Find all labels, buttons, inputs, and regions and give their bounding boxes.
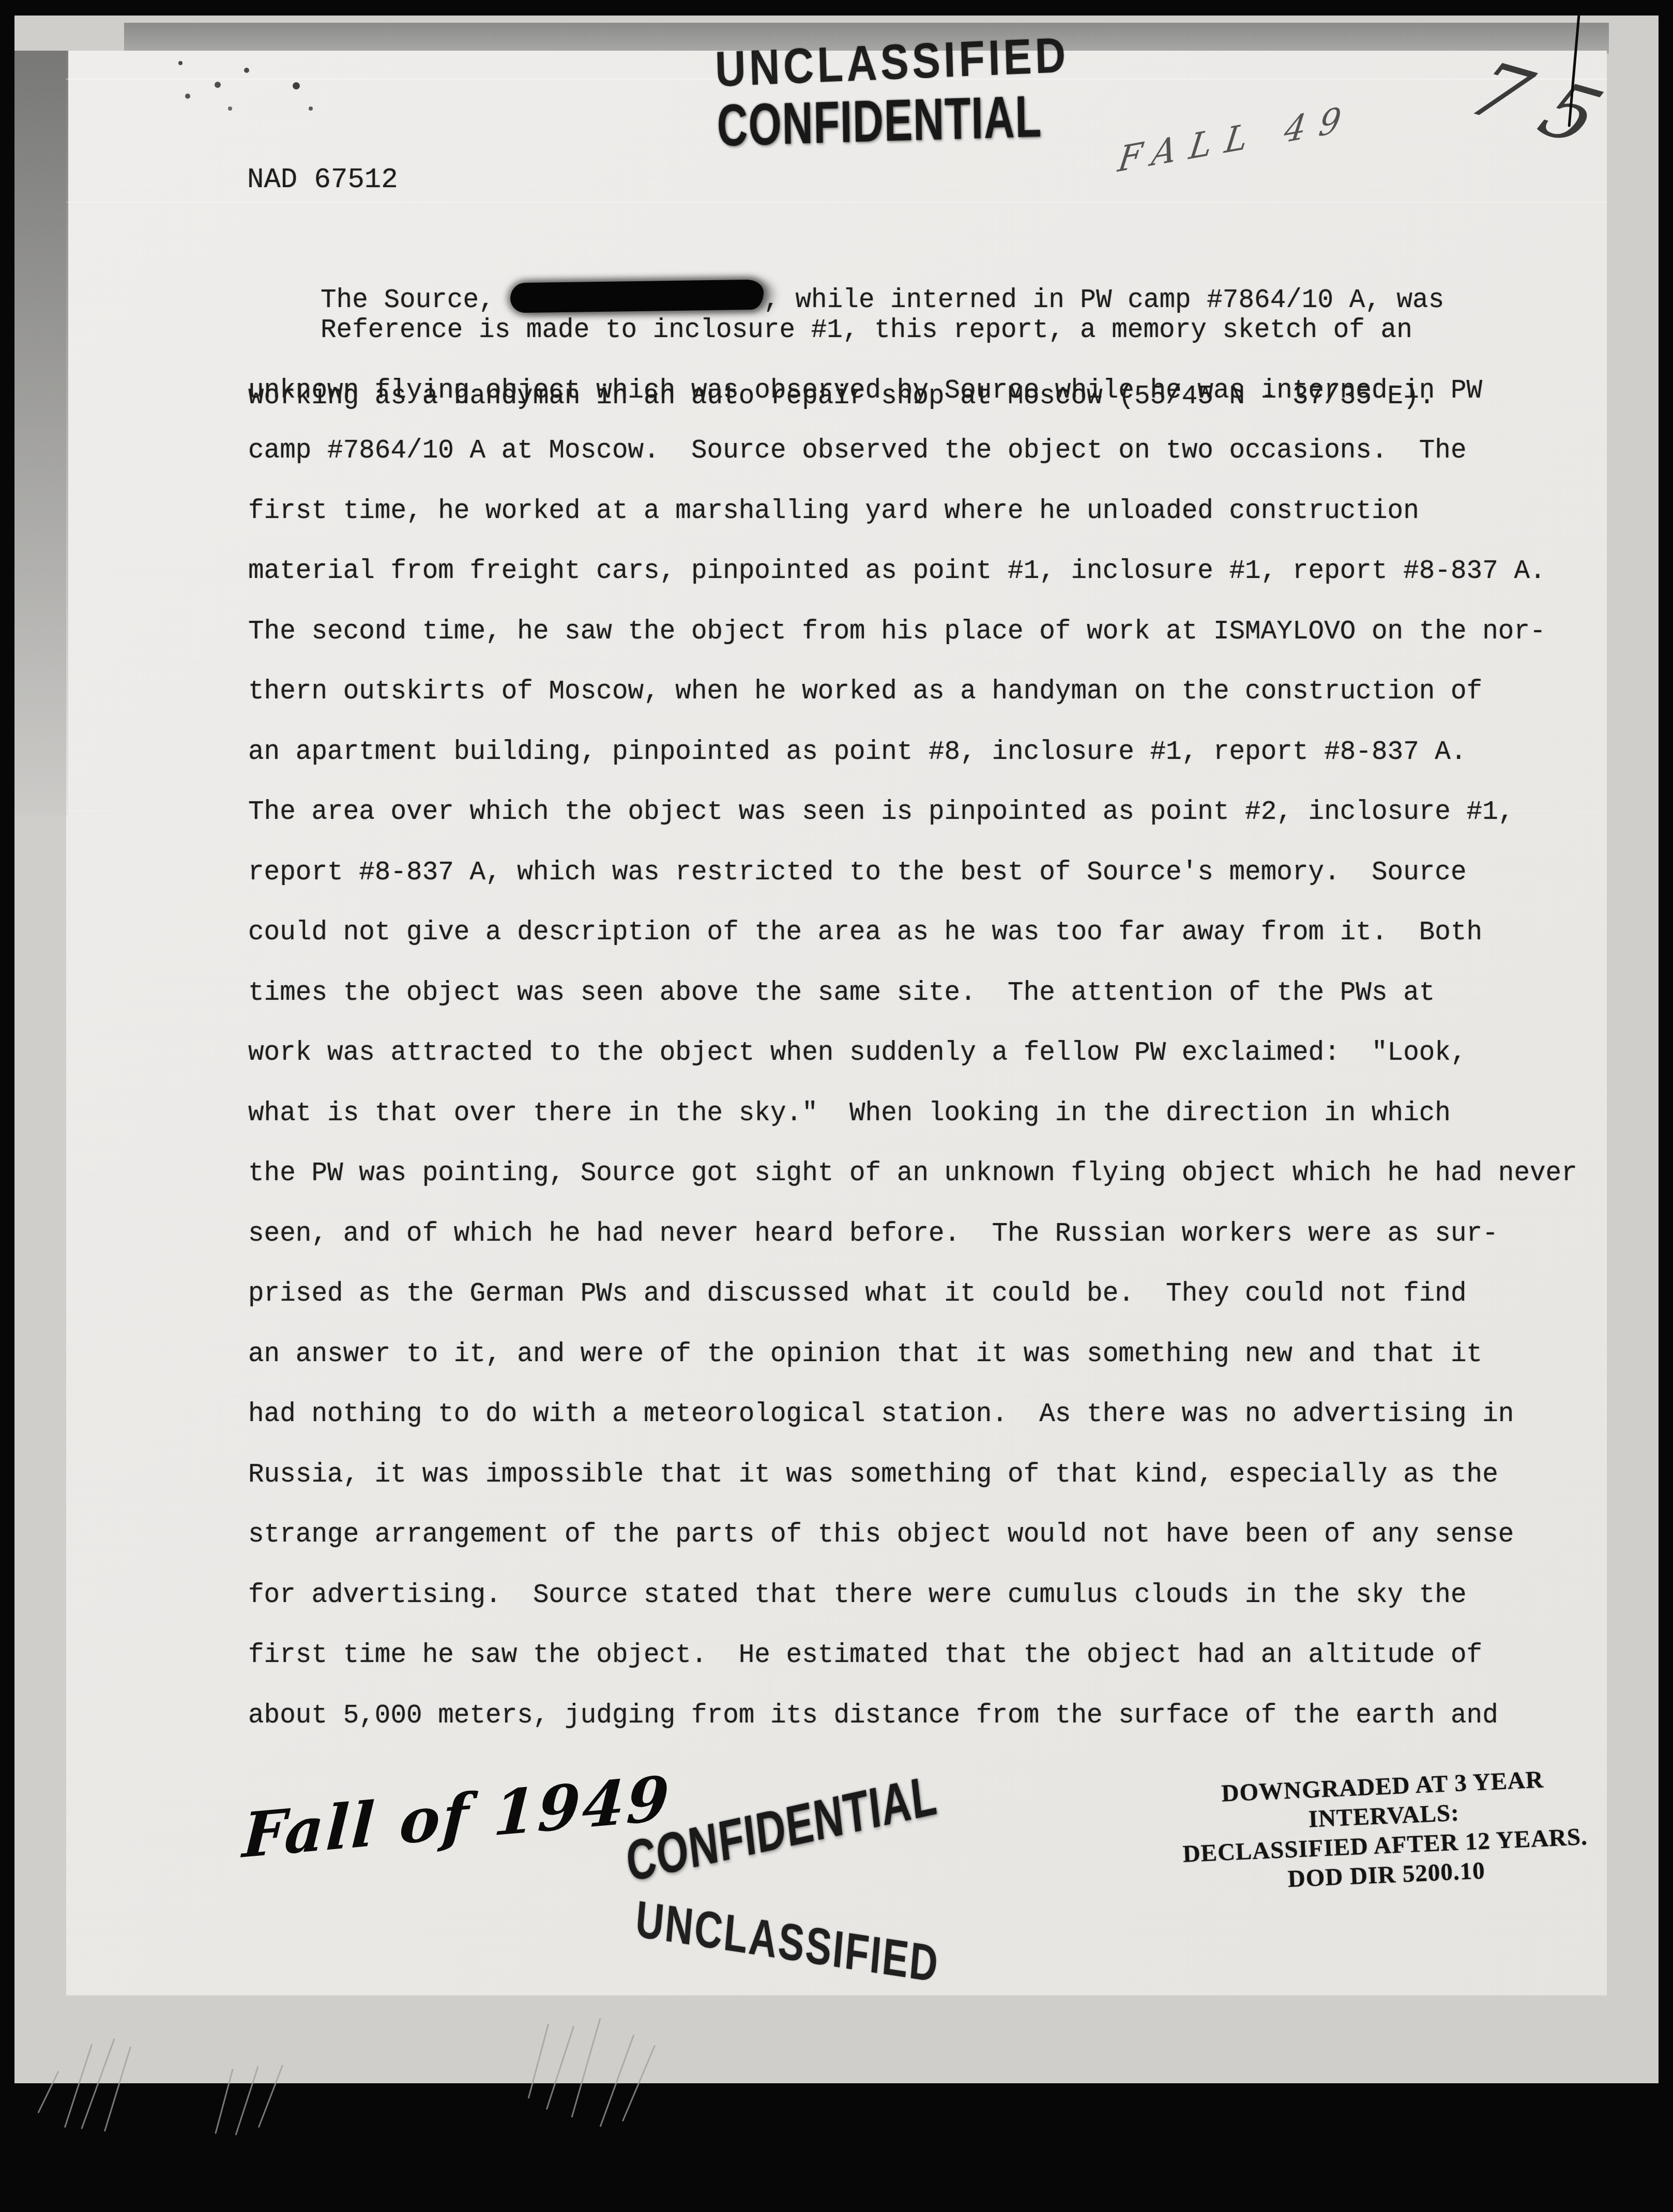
- typed-line: had nothing to do with a meteorological …: [248, 1385, 1577, 1445]
- report-body: Reference is made to inclosure #1, this …: [248, 301, 1577, 1746]
- typed-line: what is that over there in the sky." Whe…: [248, 1084, 1577, 1145]
- document-number: NAD 67512: [247, 164, 398, 196]
- typed-line: an answer to it, and were of the opinion…: [248, 1325, 1577, 1385]
- typed-line: Russia, it was impossible that it was so…: [248, 1445, 1577, 1506]
- scan-artifact-line: [66, 202, 1607, 203]
- typed-line: report #8-837 A, which was restricted to…: [248, 843, 1577, 904]
- typed-line: for advertising. Source stated that ther…: [248, 1566, 1577, 1626]
- typed-line: could not give a description of the area…: [248, 903, 1577, 964]
- typed-line: The second time, he saw the object from …: [248, 602, 1577, 663]
- typed-line: thern outskirts of Moscow, when he worke…: [248, 662, 1577, 723]
- ink-specks: [178, 61, 182, 65]
- typed-line: about 5,000 meters, judging from its dis…: [248, 1686, 1577, 1747]
- typed-line: the PW was pointing, Source got sight of…: [248, 1144, 1577, 1204]
- typed-line: first time he saw the object. He estimat…: [248, 1626, 1577, 1686]
- typed-line: an apartment building, pinpointed as poi…: [248, 723, 1577, 783]
- typed-line: work was attracted to the object when su…: [248, 1024, 1577, 1084]
- typed-line: material from freight cars, pinpointed a…: [248, 542, 1577, 602]
- typed-line: unknown flying object which was observed…: [248, 361, 1577, 422]
- confidential-stamp-top: CONFIDENTIAL: [717, 83, 1042, 160]
- typed-line: seen, and of which he had never heard be…: [248, 1204, 1577, 1265]
- scan-edge-shadow: [14, 51, 68, 816]
- typed-line: first time, he worked at a marshalling y…: [248, 482, 1577, 542]
- downgrade-notice-stamp: DOWNGRADED AT 3 YEAR INTERVALS: DECLASSI…: [1144, 1762, 1624, 1900]
- typed-line: camp #7864/10 A at Moscow. Source observ…: [248, 421, 1577, 482]
- typed-line: times the object was seen above the same…: [248, 964, 1577, 1024]
- typed-line: prised as the German PWs and discussed w…: [248, 1264, 1577, 1325]
- typed-line: strange arrangement of the parts of this…: [248, 1505, 1577, 1566]
- typed-line: The area over which the object was seen …: [248, 783, 1577, 843]
- typed-line: Reference is made to inclosure #1, this …: [248, 301, 1577, 361]
